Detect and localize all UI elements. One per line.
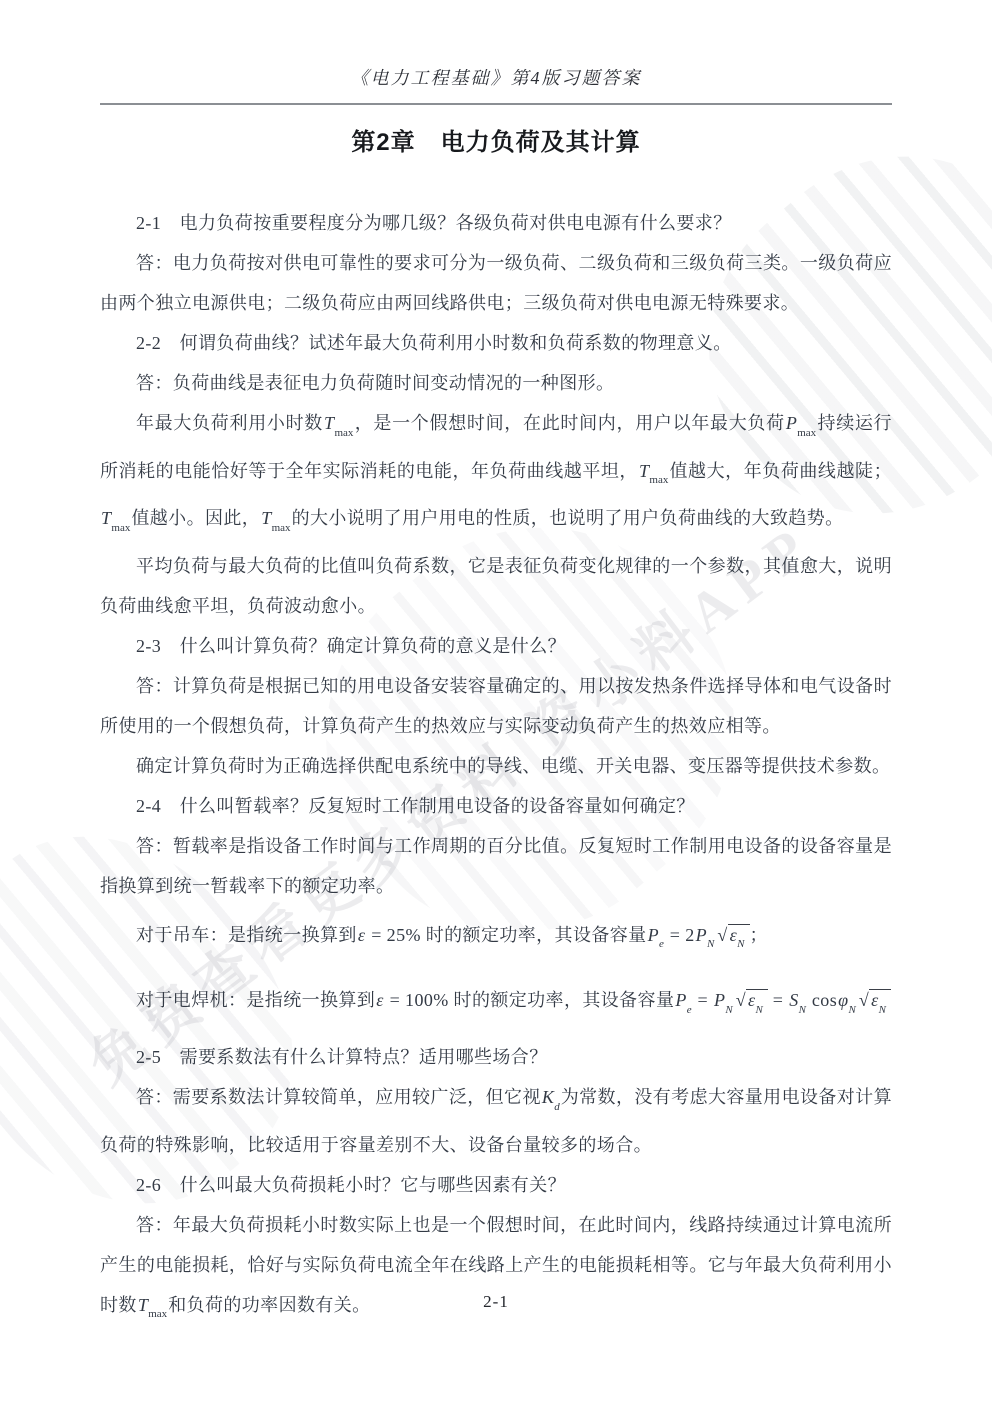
math-variable: εN (870, 990, 887, 1010)
math-radical: √εN (734, 989, 768, 1010)
math-variable: Pmax (785, 413, 817, 433)
chapter-title: 第2章 电力负荷及其计算 (0, 122, 992, 157)
answer-2-2-b: 年最大负荷利用小时数Tmax，是一个假想时间，在此时间内，用户以年最大负荷Pma… (100, 403, 892, 546)
answer-2-2-c: 平均负荷与最大负荷的比值叫负荷系数，它是表征负荷变化规律的一个参数，其值愈大，说… (100, 546, 892, 626)
math-variable: Tmax (100, 508, 131, 528)
math-radical: √εN (715, 924, 749, 945)
answer-2-4-a: 答：暂载率是指设备工作时间与工作周期的百分比值。反复短时工作制用电设备的设备容量… (100, 826, 892, 906)
question-2-5: 2-5 需要系数法有什么计算特点？适用哪些场合？ (100, 1037, 892, 1077)
math-variable: ε (357, 925, 367, 945)
question-2-2: 2-2 何谓负荷曲线？试述年最大负荷利用小时数和负荷系数的物理意义。 (100, 323, 892, 363)
math-variable: Tmax (260, 508, 291, 528)
math-variable: SN (788, 990, 807, 1010)
math-variable: εN (747, 990, 764, 1010)
math-variable: εN (729, 925, 746, 945)
math-variable: φN (837, 990, 857, 1010)
page-header-title: 《电力工程基础》第4版习题答案 (0, 64, 992, 90)
answer-2-4-crane: 对于吊车：是指统一换算到ε = 25% 时的额定功率，其设备容量Pe = 2PN… (100, 906, 892, 972)
question-2-3: 2-3 什么叫计算负荷？确定计算负荷的意义是什么？ (100, 626, 892, 666)
answer-2-5: 答：需要系数法计算较简单，应用较广泛，但它视Kd为常数，没有考虑大容量用电设备对… (100, 1077, 892, 1165)
answer-2-4-welder: 对于电焊机：是指统一换算到ε = 100% 时的额定功率，其设备容量Pe = P… (100, 971, 892, 1037)
math-variable: Pe (674, 990, 692, 1010)
question-2-6: 2-6 什么叫最大负荷损耗小时？它与哪些因素有关？ (100, 1165, 892, 1205)
answer-2-2-a: 答：负荷曲线是表征电力负荷随时间变动情况的一种图形。 (100, 363, 892, 403)
math-radical: √εN (857, 989, 891, 1010)
math-variable: Pe (647, 925, 665, 945)
page-number: 2-1 (0, 1292, 992, 1312)
math-variable: PN (713, 990, 734, 1010)
math-variable: Tmax (323, 413, 354, 433)
math-variable: Kd (541, 1087, 561, 1107)
answer-2-3-b: 确定计算负荷时为正确选择供配电系统中的导线、电缆、开关电器、变压器等提供技术参数… (100, 746, 892, 786)
answer-2-3-a: 答：计算负荷是根据已知的用电设备安装容量确定的、用以按发热条件选择导体和电气设备… (100, 666, 892, 746)
question-2-4: 2-4 什么叫暂载率？反复短时工作制用电设备的设备容量如何确定？ (100, 786, 892, 826)
header-divider (100, 103, 892, 105)
document-page: { "page": { "header_title": "《电力工程基础》第4版… (0, 0, 992, 1403)
document-body: 2-1 电力负荷按重要程度分为哪几级？各级负荷对供电电源有什么要求？答：电力负荷… (100, 203, 892, 1332)
math-variable: Tmax (638, 461, 669, 481)
answer-2-6: 答：年最大负荷损耗小时数实际上也是一个假想时间，在此时间内，线路持续通过计算电流… (100, 1205, 892, 1333)
math-variable: ε (375, 990, 385, 1010)
math-variable: PN (695, 925, 716, 945)
answer-2-1: 答：电力负荷按对供电可靠性的要求可分为一级负荷、二级负荷和三级负荷三类。一级负荷… (100, 243, 892, 323)
question-2-1: 2-1 电力负荷按重要程度分为哪几级？各级负荷对供电电源有什么要求？ (100, 203, 892, 243)
